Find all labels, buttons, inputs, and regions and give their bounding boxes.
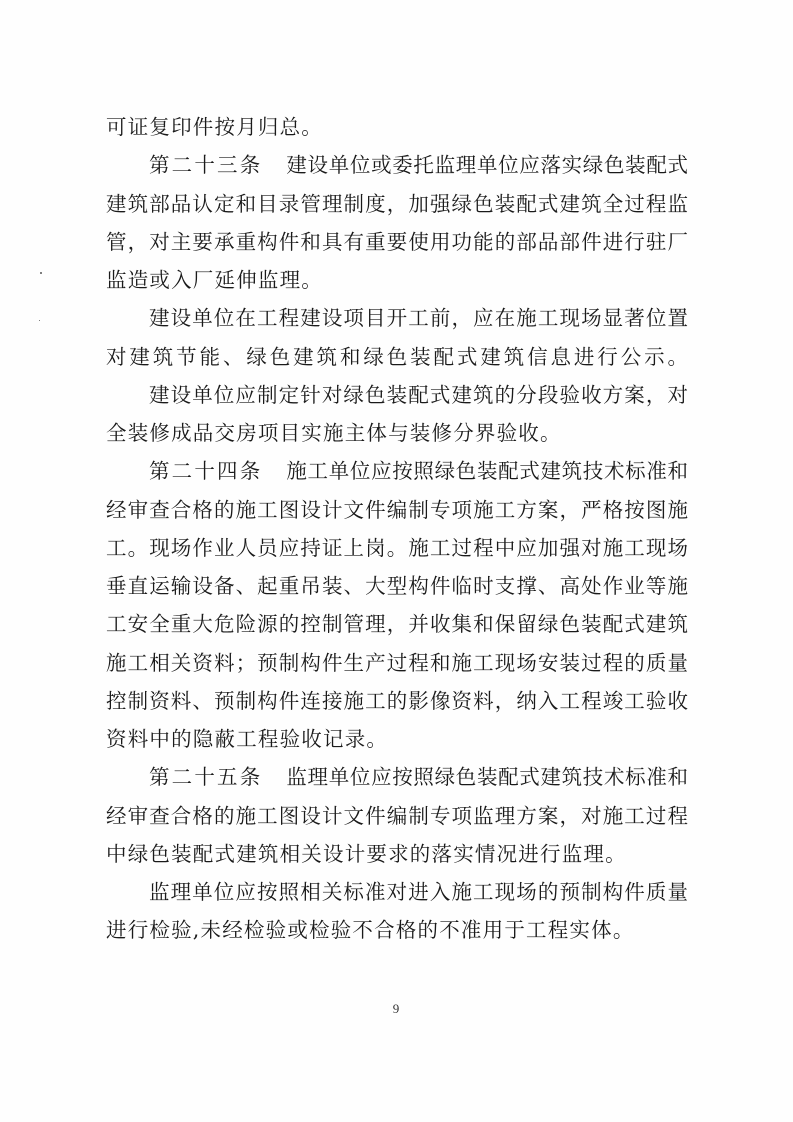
article-text: 建设单位或委托监理单位应落实绿色装配式 [286, 153, 688, 177]
article-number: 第二十四条 [149, 459, 262, 483]
text-line: 管，对主要承重构件和具有重要使用功能的部品部件进行驻厂 [106, 226, 688, 264]
article-text: 施工单位应按照绿色装配式建筑技术标准和 [286, 459, 688, 483]
page-number: 9 [380, 1001, 412, 1017]
paragraph-start-line: 建设单位应制定针对绿色装配式建筑的分段验收方案，对 [106, 379, 688, 417]
text-line: 垂直运输设备、起重吊装、大型构件临时支撑、高处作业等施 [106, 570, 688, 608]
text-line: 经审查合格的施工图设计文件编制专项施工方案，严格按图施 [106, 494, 688, 532]
text-line: 工。现场作业人员应持证上岗。施工过程中应加强对施工现场 [106, 532, 688, 570]
text-line: 可证复印件按月归总。 [106, 111, 688, 149]
text-line: 建筑部品认定和目录管理制度，加强绿色装配式建筑全过程监 [106, 188, 688, 226]
text-line: 全装修成品交房项目实施主体与装修分界验收。 [106, 417, 688, 455]
article-text: 监理单位应按照绿色装配式建筑技术标准和 [286, 765, 688, 789]
text-line: 中绿色装配式建筑相关设计要求的落实情况进行监理。 [106, 838, 688, 876]
document-page: 可证复印件按月归总。 第二十三条建设单位或委托监理单位应落实绿色装配式 建筑部品… [0, 0, 793, 1122]
article-23-line: 第二十三条建设单位或委托监理单位应落实绿色装配式 [106, 149, 688, 187]
text-line: 进行检验,未经检验或检验不合格的不准用于工程实体。 [106, 914, 688, 952]
text-line: 经审查合格的施工图设计文件编制专项监理方案，对施工过程 [106, 800, 688, 838]
text-line: 工安全重大危险源的控制管理，并收集和保留绿色装配式建筑 [106, 608, 688, 646]
body-text: 可证复印件按月归总。 第二十三条建设单位或委托监理单位应落实绿色装配式 建筑部品… [106, 111, 688, 953]
scan-speck [40, 272, 42, 274]
paragraph-start-line: 监理单位应按照相关标准对进入施工现场的预制构件质量 [106, 876, 688, 914]
scan-speck [39, 320, 40, 321]
article-25-line: 第二十五条监理单位应按照绿色装配式建筑技术标准和 [106, 761, 688, 799]
article-number: 第二十三条 [149, 153, 262, 177]
article-number: 第二十五条 [149, 765, 262, 789]
text-line: 资料中的隐蔽工程验收记录。 [106, 723, 688, 761]
text-line: 施工相关资料；预制构件生产过程和施工现场安装过程的质量 [106, 647, 688, 685]
article-24-line: 第二十四条施工单位应按照绿色装配式建筑技术标准和 [106, 455, 688, 493]
paragraph-start-line: 建设单位在工程建设项目开工前，应在施工现场显著位置 [106, 302, 688, 340]
text-line: 控制资料、预制构件连接施工的影像资料，纳入工程竣工验收 [106, 685, 688, 723]
text-line: 对建筑节能、绿色建筑和绿色装配式建筑信息进行公示。 [106, 341, 688, 379]
text-line: 监造或入厂延伸监理。 [106, 264, 688, 302]
